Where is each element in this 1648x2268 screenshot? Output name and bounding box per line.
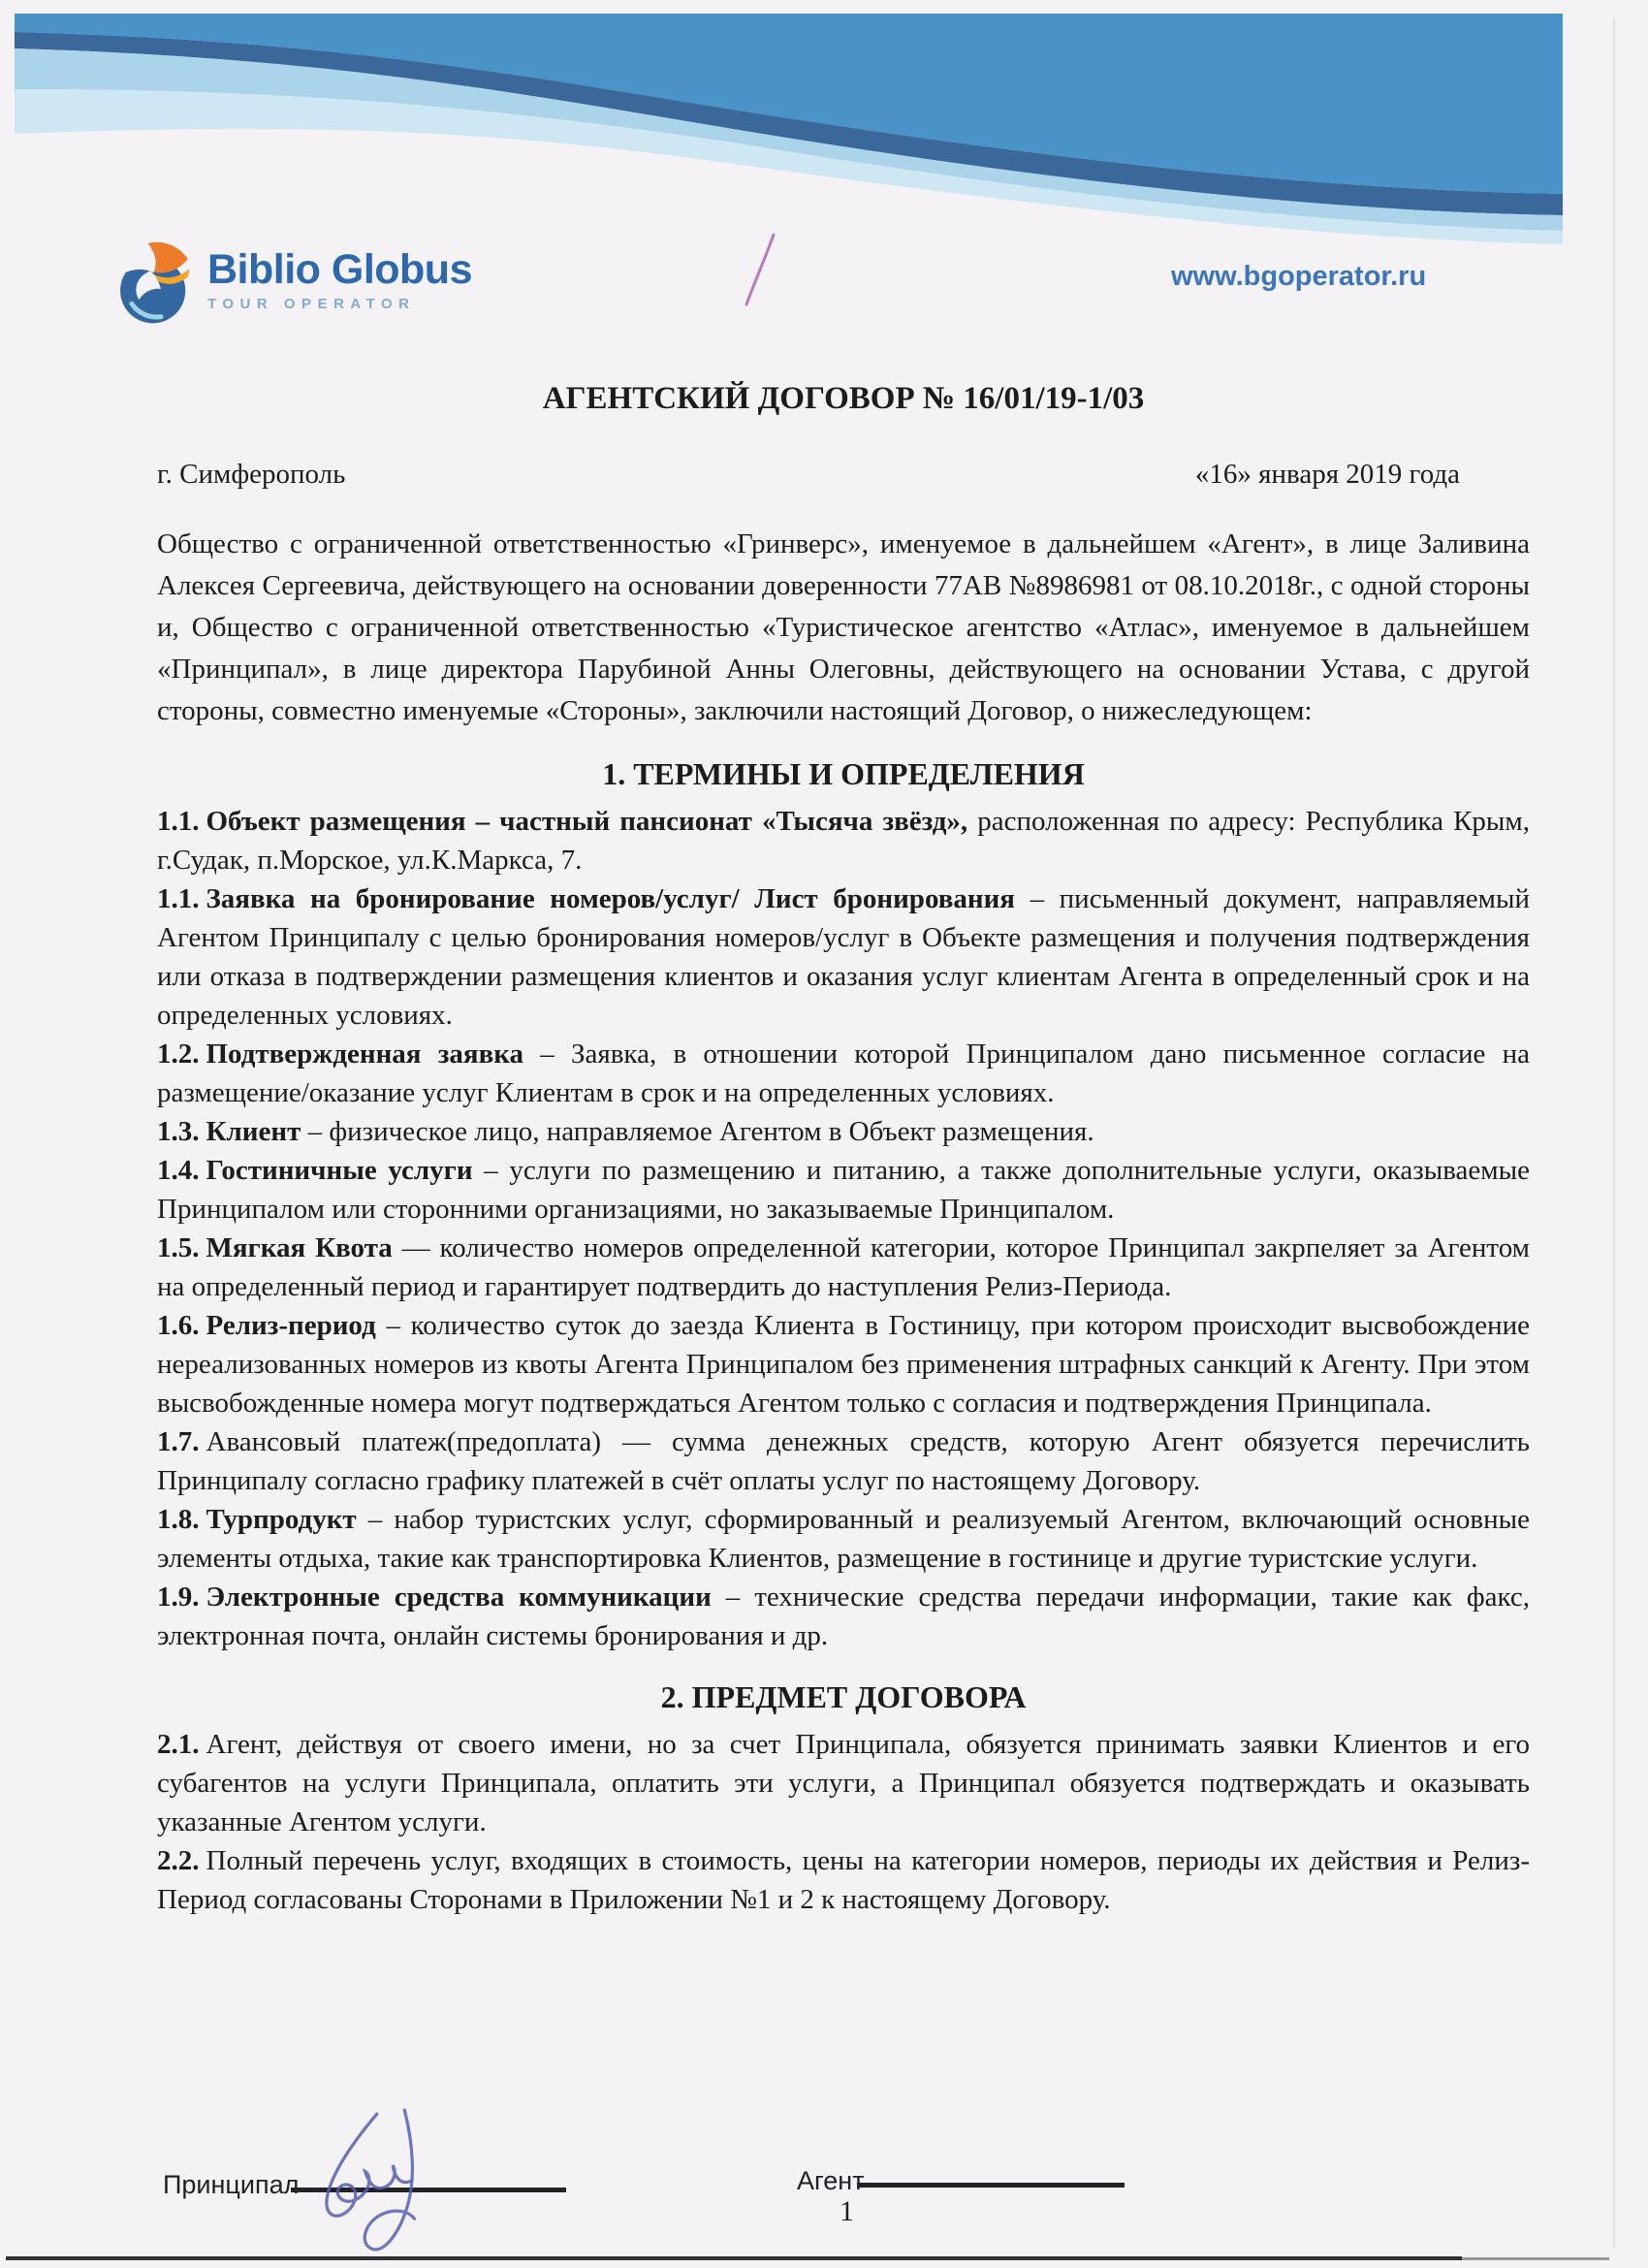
clause-1-7: 1.7.Авансовый платеж(предоплата) — сумма… [157, 1422, 1530, 1500]
clause-text: – физическое лицо, направляемое Агентом … [301, 1116, 1093, 1147]
clause-number: 1.5. [157, 1232, 200, 1263]
page-number: 1 [840, 2195, 854, 2228]
handwritten-signature [287, 2106, 491, 2259]
biblio-globus-logo-icon [115, 241, 197, 327]
clause-1-2: 1.2.Подтвержденная заявка – Заявка, в от… [157, 1035, 1530, 1112]
clause-lead: Объект размещения – частный пансионат «Т… [206, 806, 968, 837]
clause-number: 1.1. [157, 806, 200, 837]
scan-page-edge-shadow [1613, 17, 1615, 2248]
principal-label: Принципал [163, 2170, 299, 2199]
clause-1-9: 1.9.Электронные средства коммуникации – … [157, 1578, 1530, 1655]
clause-number: 1.8. [157, 1504, 200, 1535]
doc-meta-row: г. Симферополь «16» января 2019 года [157, 457, 1530, 492]
brand-name: Biblio Globus [207, 248, 472, 291]
website-url: www.bgoperator.ru [1171, 261, 1426, 293]
brand-block: Biblio Globus TOUR OPERATOR [207, 248, 472, 312]
doc-title: АГЕНТСКИЙ ДОГОВОР № 16/01/19-1/03 [157, 379, 1530, 418]
clause-1-4: 1.4.Гостиничные услуги – услуги по разме… [157, 1151, 1530, 1229]
clause-number: 1.7. [157, 1426, 200, 1457]
clause-number: 1.9. [157, 1581, 200, 1613]
clause-number: 2.2. [157, 1845, 200, 1876]
section-1-heading: 1. ТЕРМИНЫ И ОПРЕДЕЛЕНИЯ [157, 753, 1530, 794]
clause-lead: Клиент [206, 1116, 301, 1147]
clause-1-6: 1.6.Релиз-период – количество суток до з… [157, 1306, 1530, 1422]
clause-2-2: 2.2.Полный перечень услуг, входящих в ст… [157, 1841, 1530, 1919]
doc-city: г. Симферополь [157, 457, 345, 492]
clause-1-1-object: 1.1.Объект размещения – частный пансиона… [157, 802, 1530, 879]
clause-text: Авансовый платеж(предоплата) — сумма ден… [157, 1426, 1530, 1496]
agent-label: Агент [797, 2166, 865, 2195]
clause-lead: Гостиничные услуги [206, 1155, 473, 1186]
clause-text: Полный перечень услуг, входящих в стоимо… [157, 1845, 1530, 1915]
clause-lead: Электронные средства коммуникации [206, 1581, 712, 1613]
clause-number: 1.6. [157, 1310, 200, 1341]
clause-lead: Мягкая Квота [206, 1232, 393, 1263]
signature-stroke-1 [327, 2114, 411, 2216]
section-2-heading: 2. ПРЕДМЕТ ДОГОВОРА [157, 1677, 1530, 1717]
clause-number: 1.1. [157, 883, 200, 914]
clause-lead: Подтвержденная заявка [206, 1038, 524, 1070]
scan-edge-line-light [1462, 2257, 1609, 2260]
clause-1-5: 1.5.Мягкая Квота — количество номеров оп… [157, 1229, 1530, 1306]
clause-lead: Заявка на бронирование номеров/услуг/ Ли… [206, 883, 1016, 914]
clause-lead: Релиз-период [206, 1310, 376, 1341]
clause-1-1-booking: 1.1.Заявка на бронирование номеров/услуг… [157, 879, 1530, 1035]
document-body: АГЕНТСКИЙ ДОГОВОР № 16/01/19-1/03 г. Сим… [157, 379, 1530, 1919]
scan-edge-line [6, 2256, 1462, 2260]
clause-number: 1.3. [157, 1116, 200, 1147]
agent-signature-line [857, 2183, 1125, 2188]
clause-text: Агент, действуя от своего имени, но за с… [157, 1729, 1530, 1837]
pen-mark [735, 229, 783, 311]
clause-number: 2.1. [157, 1729, 200, 1760]
clause-number: 1.2. [157, 1038, 200, 1070]
clause-text: – набор туристских услуг, сформированный… [157, 1504, 1530, 1574]
intro-paragraph: Общество с ограниченной ответственностью… [157, 524, 1530, 732]
signature-stroke-2 [364, 2110, 414, 2250]
clause-number: 1.4. [157, 1155, 200, 1186]
doc-date: «16» января 2019 года [1195, 457, 1530, 492]
clause-1-3: 1.3.Клиент – физическое лицо, направляем… [157, 1112, 1530, 1151]
pen-mark-stroke [746, 235, 774, 304]
clause-2-1: 2.1.Агент, действуя от своего имени, но … [157, 1725, 1530, 1841]
clause-lead: Турпродукт [206, 1504, 357, 1535]
clause-1-8: 1.8.Турпродукт – набор туристских услуг,… [157, 1500, 1530, 1578]
brand-tagline: TOUR OPERATOR [207, 296, 472, 312]
